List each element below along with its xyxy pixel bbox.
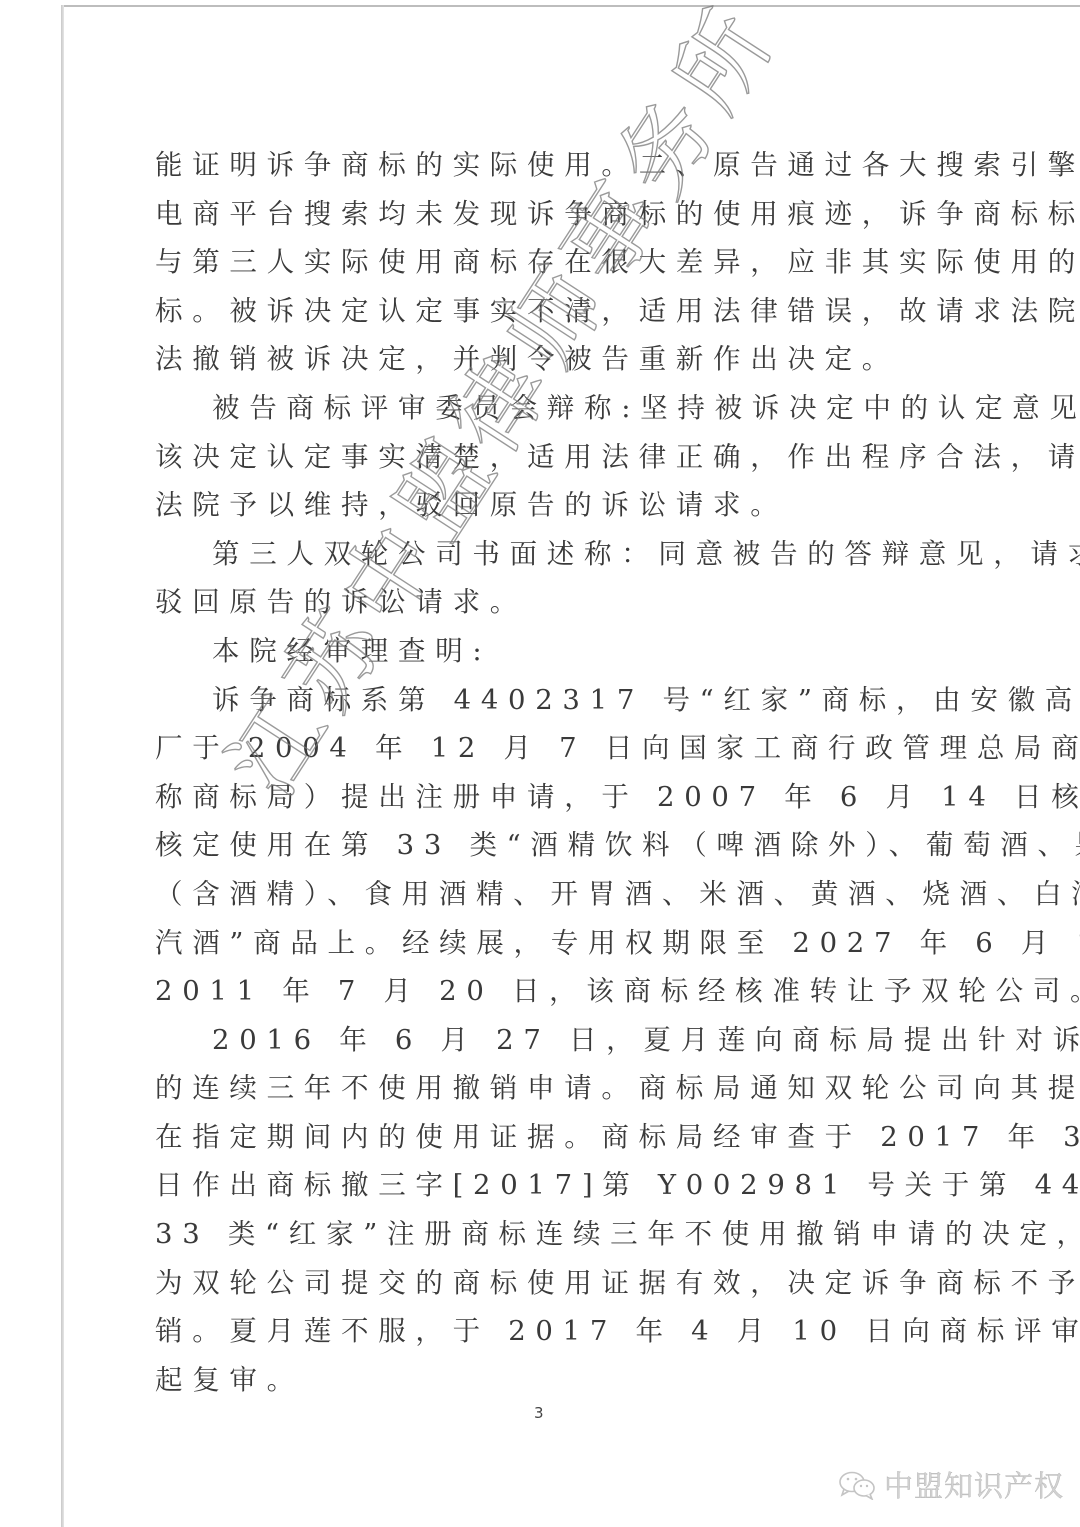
text-line: 的连续三年不使用撤销申请。商标局通知双轮公司向其提交 [155, 1064, 913, 1113]
text-line: 销。夏月莲不服，于 2017 年 4 月 10 日向商标评审委员会提 [155, 1307, 913, 1356]
text-line: 电商平台搜索均未发现诉争商标的使用痕迹，诉争商标标识 [155, 190, 913, 239]
brand-watermark: 中盟知识产权 [838, 1464, 1064, 1505]
paragraph-start-line: 被告商标评审委员会辩称:坚持被诉决定中的认定意见， [155, 384, 913, 433]
text-line: 在指定期间内的使用证据。商标局经审查于 2017 年 3 月 27 [155, 1113, 913, 1162]
text-line: 法撤销被诉决定，并判令被告重新作出决定。 [155, 335, 913, 384]
wechat-icon [838, 1470, 878, 1500]
text-line: 为双轮公司提交的商标使用证据有效，决定诉争商标不予撤 [155, 1259, 913, 1308]
text-line: 厂于 2004 年 12 月 7 日向国家工商行政管理总局商标局（简 [155, 724, 913, 773]
text-line: 该决定认定事实清楚，适用法律正确，作出程序合法，请求 [155, 433, 913, 482]
paragraph-start-line: 诉争商标系第 4402317 号“红家”商标，由安徽高炉酒 [155, 676, 913, 725]
text-line: 日作出商标撤三字[2017]第 Y002981 号关于第 4402317 号第 [155, 1161, 913, 1210]
paragraph-start-line: 第三人双轮公司书面述称：同意被告的答辩意见，请求 [155, 530, 913, 579]
text-line: 2011 年 7 月 20 日，该商标经核准转让予双轮公司。 [155, 967, 913, 1016]
text-line: 汽酒”商品上。经续展，专用权期限至 2027 年 6 月 13 日。 [155, 919, 913, 968]
text-line: （含酒精）、食用酒精、开胃酒、米酒、黄酒、烧酒、白酒、 [155, 870, 913, 919]
text-line: 法院予以维持，驳回原告的诉讼请求。 [155, 481, 913, 530]
text-line: 驳回原告的诉讼请求。 [155, 578, 913, 627]
paragraph-start-line: 2016 年 6 月 27 日，夏月莲向商标局提出针对诉争商标 [155, 1016, 913, 1065]
brand-name: 中盟知识产权 [884, 1464, 1064, 1505]
text-line: 与第三人实际使用商标存在很大差异，应非其实际使用的商 [155, 238, 913, 287]
text-line: 称商标局）提出注册申请，于 2007 年 6 月 14 日核准注册， [155, 773, 913, 822]
text-line: 核定使用在第 33 类“酒精饮料（啤酒除外）、葡萄酒、果酒 [155, 821, 913, 870]
text-line: 起复审。 [155, 1356, 913, 1405]
paragraph-start-line: 本院经审理查明: [155, 627, 913, 676]
page-number: 3 [534, 1404, 544, 1422]
page-edge-top [61, 5, 1080, 7]
document-body: 能证明诉争商标的实际使用。二、原告通过各大搜索引擎和 电商平台搜索均未发现诉争商… [155, 141, 913, 1404]
text-line: 能证明诉争商标的实际使用。二、原告通过各大搜索引擎和 [155, 141, 913, 190]
text-line: 标。被诉决定认定事实不清，适用法律错误，故请求法院依 [155, 287, 913, 336]
page-edge-left [61, 5, 64, 1527]
text-line: 33 类“红家”注册商标连续三年不使用撤销申请的决定，认 [155, 1210, 913, 1259]
